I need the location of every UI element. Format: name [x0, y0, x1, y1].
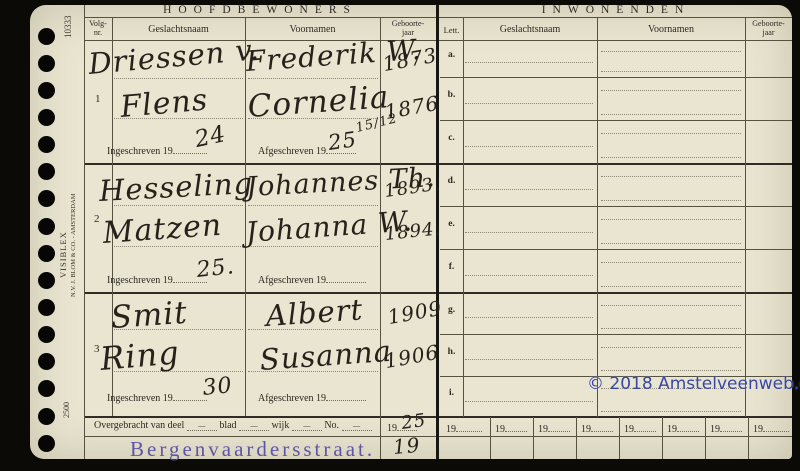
column-header-geslachtsnaam: Geslachtsnaam: [112, 24, 245, 35]
dash-mark: —: [198, 421, 205, 430]
dotted-line: [601, 157, 741, 158]
punch-hole: [38, 109, 55, 126]
label: 19: [446, 424, 456, 435]
dotted-line: [465, 359, 593, 360]
table-line: [576, 417, 577, 459]
dotted-line: [326, 390, 366, 401]
dotted-line: [326, 272, 366, 283]
label: Afgeschreven 19: [258, 275, 326, 286]
letter-i: i.: [440, 388, 463, 398]
table-line: [440, 77, 792, 78]
year-cell: 19: [446, 421, 482, 435]
punch-hole: [38, 435, 55, 452]
dotted-line: [601, 71, 741, 72]
punch-hole: [38, 190, 55, 207]
label: No.: [324, 420, 339, 431]
afgeschreven-label: Afgeschreven 19: [258, 272, 366, 286]
label: 19: [753, 424, 763, 435]
year-cell: 19: [495, 421, 527, 435]
dash-mark: —: [353, 421, 360, 430]
ingeschreven-label: Ingeschreven 19: [107, 272, 207, 286]
dotted-line: [465, 146, 593, 147]
printer-brand: VISIBLEX: [58, 195, 68, 315]
table-line: [662, 417, 663, 459]
dotted-line: —: [342, 421, 372, 431]
label: 19: [495, 424, 505, 435]
column-header-voornamen: Voornamen: [597, 24, 745, 35]
dotted-line: [465, 103, 593, 104]
dotted-line: [601, 347, 741, 348]
dotted-line: [601, 51, 741, 52]
voornamen-entry: Albert: [265, 292, 365, 333]
dotted-line: [465, 401, 593, 402]
column-header-lett: Lett.: [440, 25, 463, 35]
watermark-credit: © 2018 Amstelveenweb.com: [587, 374, 800, 394]
label: 19: [624, 424, 634, 435]
column-header-volgnr: Volg- nr.: [85, 20, 111, 37]
label: 19: [710, 424, 720, 435]
dotted-line: [465, 62, 593, 63]
dotted-line: [456, 421, 482, 432]
label: Afgeschreven 19: [258, 393, 326, 404]
dotted-line: [601, 370, 741, 371]
letter-h: h.: [440, 347, 463, 357]
volgnr-1: 1: [95, 93, 101, 105]
table-line: [440, 206, 792, 207]
table-line: [533, 417, 534, 459]
dotted-line: [465, 275, 593, 276]
punch-hole: [38, 408, 55, 425]
transfer-year-entry: 25: [400, 410, 428, 434]
dotted-line: [601, 133, 741, 134]
letter-d: d.: [440, 176, 463, 186]
dotted-line: [465, 317, 593, 318]
label: Ingeschreven 19: [107, 275, 173, 286]
label: Ingeschreven 19: [107, 393, 173, 404]
year-cell: 19: [624, 421, 656, 435]
year-cell: 19: [710, 421, 742, 435]
table-line: [440, 334, 792, 335]
dotted-line: [601, 176, 741, 177]
table-line: [619, 417, 620, 459]
street-stamp: Bergenvaardersstraat.: [130, 437, 375, 462]
year-cell: 19: [538, 421, 570, 435]
table-line: [440, 249, 792, 250]
dotted-line: [173, 390, 207, 401]
label: 19: [387, 423, 397, 434]
dotted-line: [465, 232, 593, 233]
print-run: 2500: [62, 390, 71, 430]
dotted-line: [634, 421, 656, 432]
punch-hole: [38, 353, 55, 370]
dotted-line: [601, 90, 741, 91]
printer-imprint: N.V. J. BLOM & CO. - AMSTERDAM: [70, 150, 77, 340]
punch-hole: [38, 218, 55, 235]
letter-c: c.: [440, 133, 463, 143]
label: 19: [667, 424, 677, 435]
punch-hole: [38, 380, 55, 397]
column-header-geslachtsnaam: Geslachtsnaam: [463, 24, 597, 35]
dotted-line: [601, 114, 741, 115]
section-title-inwonenden: INWONENDEN: [440, 4, 792, 16]
dotted-line: [601, 328, 741, 329]
label: Overgebracht van deel: [94, 420, 184, 431]
year-cell: 19: [667, 421, 699, 435]
label: blad: [219, 420, 236, 431]
letter-f: f.: [440, 262, 463, 272]
volgnr-2: 2: [94, 213, 100, 225]
punch-hole: [38, 299, 55, 316]
dotted-line: [601, 262, 741, 263]
ingeschreven-label: Ingeschreven 19: [107, 143, 207, 157]
dotted-line: —: [187, 421, 217, 431]
geslachtsnaam-entry: Ring: [99, 333, 181, 378]
dotted-line: [601, 243, 741, 244]
dotted-line: [763, 421, 789, 432]
afgeschreven-year-entry: 25: [327, 127, 359, 155]
label: jaar: [763, 28, 775, 37]
section-title-hoofdbewoners: HOOFDBEWONERS: [84, 4, 436, 16]
dotted-line: —: [292, 421, 322, 431]
dotted-line: [548, 421, 570, 432]
afgeschreven-label: Afgeschreven 19: [258, 390, 366, 404]
year-cell: 19: [753, 421, 789, 435]
dotted-line: [248, 205, 378, 206]
table-line: [748, 417, 749, 459]
label: Ingeschreven 19: [107, 146, 173, 157]
table-line: [463, 18, 464, 417]
overgebracht-line: Overgebracht van deel — blad — wijk — No…: [94, 420, 372, 431]
letter-e: e.: [440, 219, 463, 229]
punch-hole: [38, 82, 55, 99]
dash-mark: —: [250, 421, 257, 430]
punch-hole: [38, 136, 55, 153]
dotted-line: [465, 189, 593, 190]
table-line: [597, 18, 598, 417]
scanned-register-card: 10333 VISIBLEX N.V. J. BLOM & CO. - AMST…: [0, 0, 800, 471]
dotted-line: —: [239, 421, 269, 431]
dotted-line: [677, 421, 699, 432]
table-line: [440, 120, 792, 121]
column-header-geboortejaar: Geboorte- jaar: [745, 20, 792, 37]
dotted-line: [591, 421, 613, 432]
punch-hole: [38, 272, 55, 289]
label: Afgeschreven 19: [258, 146, 326, 157]
form-number: 10333: [63, 6, 73, 48]
stamp-year-entry: 19: [392, 433, 421, 459]
dotted-line: [601, 219, 741, 220]
dotted-line: [601, 286, 741, 287]
dotted-line: [601, 411, 741, 412]
table-line: [705, 417, 706, 459]
punch-hole: [38, 163, 55, 180]
punch-hole: [38, 55, 55, 72]
letter-g: g.: [440, 305, 463, 315]
punch-hole: [38, 245, 55, 262]
punch-hole: [38, 326, 55, 343]
ingeschreven-label: Ingeschreven 19: [107, 390, 207, 404]
label: 19: [581, 424, 591, 435]
dotted-line: [601, 305, 741, 306]
ingeschreven-year-entry: 30: [201, 373, 233, 401]
dotted-line: [114, 78, 243, 79]
letter-b: b.: [440, 90, 463, 100]
dotted-line: [720, 421, 742, 432]
punch-hole: [38, 28, 55, 45]
year-cell: 19: [581, 421, 613, 435]
dotted-line: [601, 200, 741, 201]
dash-mark: —: [303, 421, 310, 430]
table-line: [490, 417, 491, 459]
letter-a: a.: [440, 50, 463, 60]
ingeschreven-year-entry: 25.: [195, 254, 235, 283]
column-header-voornamen: Voornamen: [245, 24, 380, 35]
table-line: [745, 18, 746, 417]
label: 19: [538, 424, 548, 435]
geslachtsnaam-entry: Smit: [109, 295, 188, 336]
dotted-line: [248, 78, 378, 79]
table-line: [84, 5, 85, 459]
label: wijk: [272, 420, 290, 431]
dotted-line: [505, 421, 527, 432]
label: nr.: [94, 28, 102, 37]
